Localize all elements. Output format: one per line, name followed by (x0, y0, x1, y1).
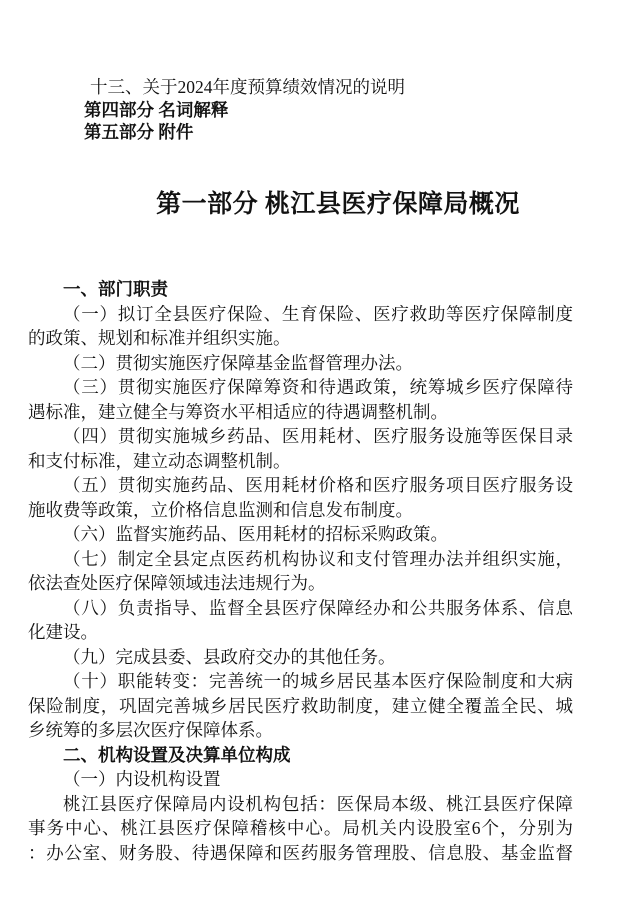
body-line: 依法查处医疗保障领域违法违规行为。 (28, 571, 573, 596)
toc-entry-part4: 第四部分 名词解释 (28, 99, 573, 122)
table-of-contents-tail: 十三、关于2024年度预算绩效情况的说明 第四部分 名词解释 第五部分 附件 (28, 76, 573, 144)
body-heading-line: 二、机构设置及决算单位构成 (28, 743, 573, 768)
body-line: （三）贯彻实施医疗保障筹资和待遇政策，统筹城乡医疗保障待 (28, 375, 573, 400)
document-page: 十三、关于2024年度预算绩效情况的说明 第四部分 名词解释 第五部分 附件 第… (0, 0, 636, 900)
body-line: 乡统筹的多层次医疗保障体系。 (28, 718, 573, 743)
toc-entry-section13: 十三、关于2024年度预算绩效情况的说明 (28, 76, 573, 99)
toc-entry-part5: 第五部分 附件 (28, 121, 573, 144)
body-line: （七）制定全县定点医药机构协议和支付管理办法并组织实施， (28, 547, 573, 572)
body-line: 事务中心、桃江县医疗保障稽核中心。局机关内设股室6个，分别为 (28, 816, 573, 841)
body-line: 的政策、规划和标准并组织实施。 (28, 326, 573, 351)
body-line: 化建设。 (28, 620, 573, 645)
body-heading-line: 一、部门职责 (28, 277, 573, 302)
body-line: 和支付标准，建立动态调整机制。 (28, 449, 573, 474)
body-line: 保险制度，巩固完善城乡居民医疗救助制度，建立健全覆盖全民、城 (28, 694, 573, 719)
body-line: （二）贯彻实施医疗保障基金监督管理办法。 (28, 351, 573, 376)
body-line: 遇标准，建立健全与筹资水平相适应的待遇调整机制。 (28, 400, 573, 425)
body-line: 施收费等政策，立价格信息监测和信息发布制度。 (28, 498, 573, 523)
document-body: 一、部门职责（一）拟订全县医疗保险、生育保险、医疗救助等医疗保障制度的政策、规划… (28, 277, 573, 865)
body-line: （十）职能转变：完善统一的城乡居民基本医疗保险制度和大病 (28, 669, 573, 694)
body-line: （八）负责指导、监督全县医疗保障经办和公共服务体系、信息 (28, 596, 573, 621)
part-one-title: 第一部分 桃江县医疗保障局概况 (0, 188, 636, 222)
body-line: 桃江县医疗保障局内设机构包括：医保局本级、桃江县医疗保障 (28, 792, 573, 817)
body-line: （四）贯彻实施城乡药品、医用耗材、医疗服务设施等医保目录 (28, 424, 573, 449)
body-line: （一）拟订全县医疗保险、生育保险、医疗救助等医疗保障制度 (28, 302, 573, 327)
body-line: （五）贯彻实施药品、医用耗材价格和医疗服务项目医疗服务设 (28, 473, 573, 498)
body-line: （六）监督实施药品、医用耗材的招标采购政策。 (28, 522, 573, 547)
body-line: （一）内设机构设置 (28, 767, 573, 792)
body-line: ：办公室、财务股、待遇保障和医药服务管理股、信息股、基金监督 (28, 841, 573, 866)
body-line: （九）完成县委、县政府交办的其他任务。 (28, 645, 573, 670)
